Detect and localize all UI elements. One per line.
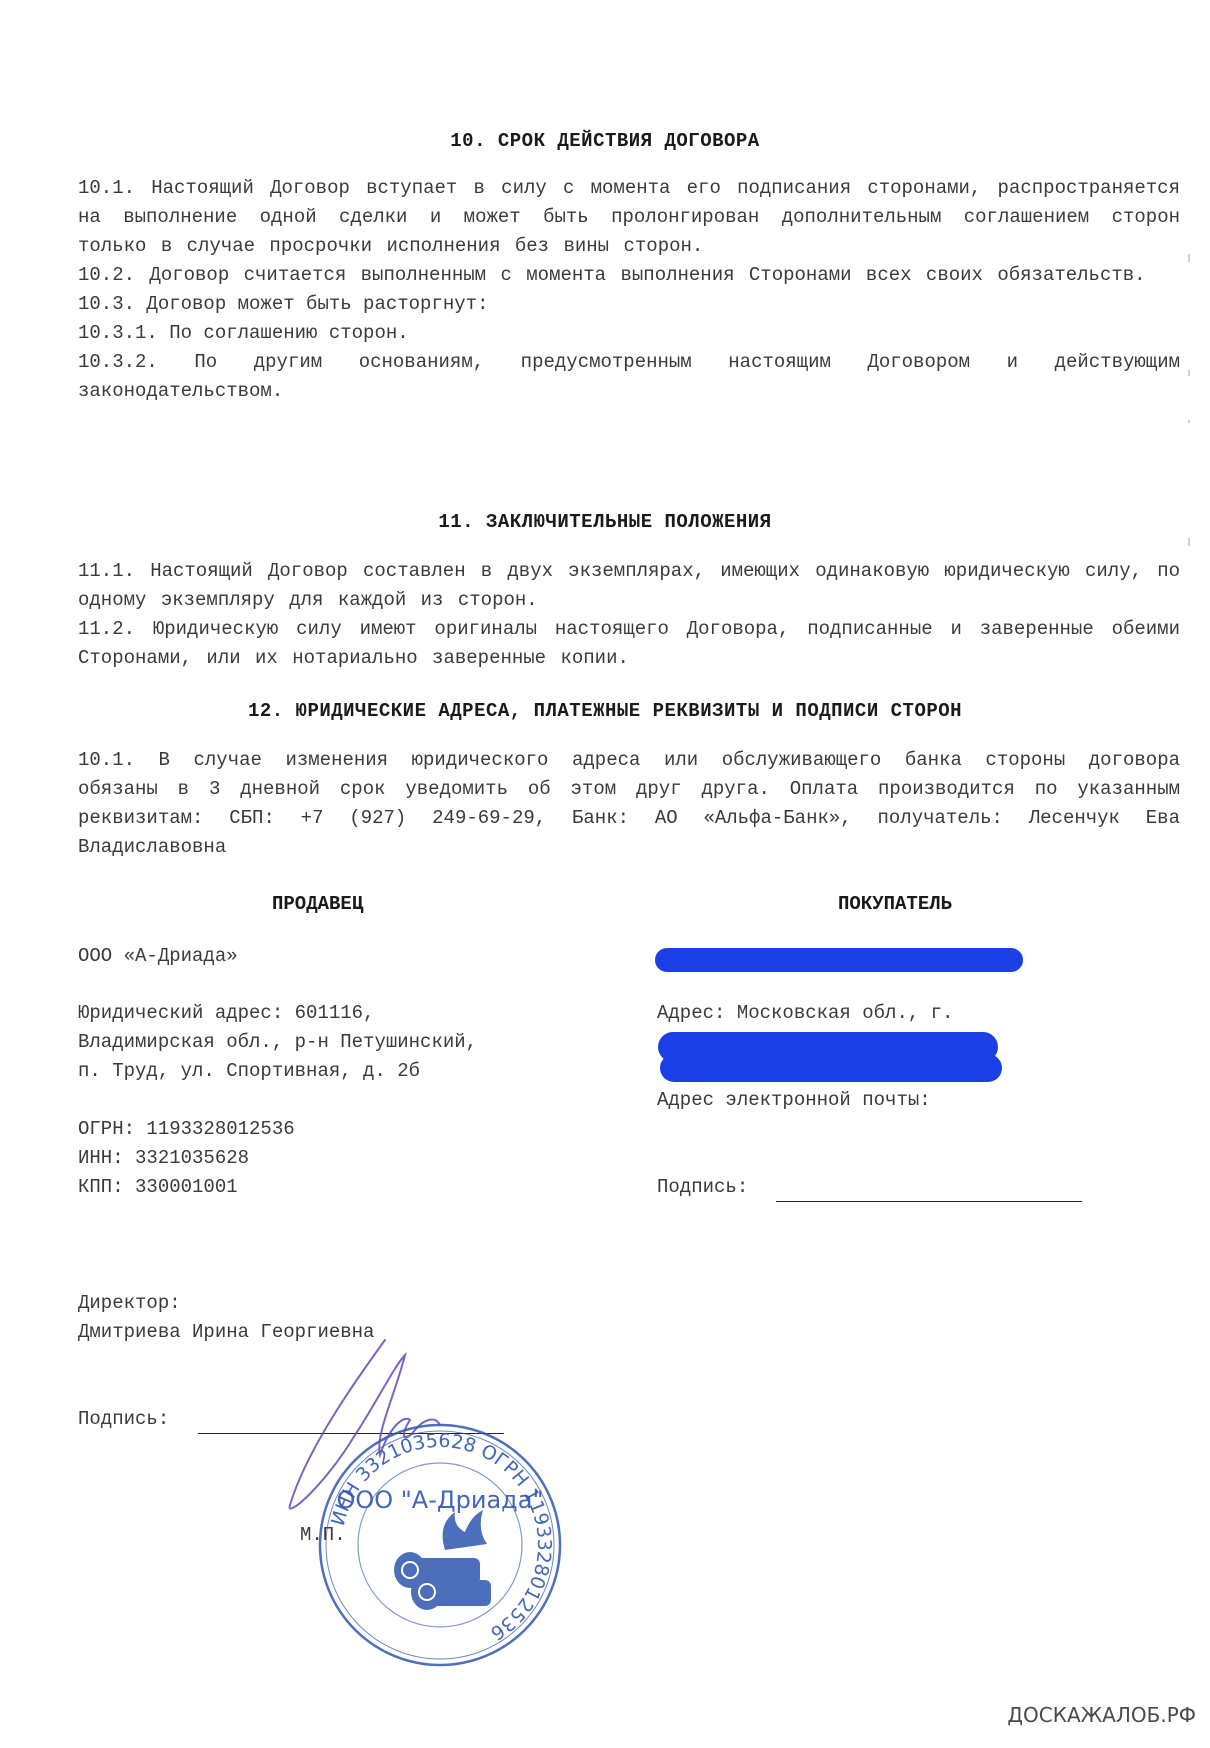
clause-11-1: 11.1. Настоящий Договор составлен в двух…: [78, 557, 1180, 615]
clause-10-1: 10.1. Настоящий Договор вступает в силу …: [78, 174, 1180, 261]
section-10-title: 10. СРОК ДЕЙСТВИЯ ДОГОВОРА: [0, 130, 1210, 152]
redacted-buyer-name: [655, 948, 1023, 972]
section-10-body: 10.1. Настоящий Договор вступает в силу …: [78, 174, 1180, 406]
seller-address-line-2: Владимирская обл., р-н Петушинский,: [78, 1028, 477, 1057]
buyer-signature-label: Подпись:: [657, 1173, 748, 1202]
clause-10-3: 10.3. Договор может быть расторгнут:: [78, 290, 1180, 319]
seller-address-line-1: Юридический адрес: 601116,: [78, 999, 374, 1028]
seller-name: ООО «А-Дриада»: [78, 942, 238, 971]
buyer-address-line: Адрес: Московская обл., г.: [657, 999, 953, 1028]
seller-signature-label: Подпись:: [78, 1405, 169, 1434]
clause-12-1: 10.1. В случае изменения юридического ад…: [78, 746, 1180, 862]
section-12-title: 12. ЮРИДИЧЕСКИЕ АДРЕСА, ПЛАТЕЖНЫЕ РЕКВИЗ…: [0, 700, 1210, 722]
scan-mark: [1188, 254, 1190, 262]
seller-heading: ПРОДАВЕЦ: [272, 893, 363, 915]
clause-10-3-1: 10.3.1. По соглашению сторон.: [78, 319, 1180, 348]
buyer-heading: ПОКУПАТЕЛЬ: [838, 893, 952, 915]
section-12-body: 10.1. В случае изменения юридического ад…: [78, 746, 1180, 862]
contract-page: 10. СРОК ДЕЙСТВИЯ ДОГОВОРА 10.1. Настоящ…: [0, 0, 1210, 1748]
director-label: Директор:: [78, 1289, 181, 1318]
watermark: ДОСКАЖАЛОБ.РФ: [1007, 1703, 1196, 1727]
handwritten-signature-icon: [285, 1335, 445, 1515]
seller-inn: ИНН: 3321035628: [78, 1144, 249, 1173]
clause-10-3-2: 10.3.2. По другим основаниям, предусмотр…: [78, 348, 1180, 406]
seller-address-line-3: п. Труд, ул. Спортивная, д. 2б: [78, 1057, 420, 1086]
scan-mark: [1188, 538, 1190, 546]
clause-10-2: 10.2. Договор считается выполненным с мо…: [78, 261, 1180, 290]
clause-11-2: 11.2. Юридическую силу имеют оригиналы н…: [78, 615, 1180, 673]
scan-mark: [1188, 420, 1190, 423]
buyer-signature-line: [776, 1201, 1082, 1202]
section-11-title: 11. ЗАКЛЮЧИТЕЛЬНЫЕ ПОЛОЖЕНИЯ: [0, 511, 1210, 533]
scan-mark: [1188, 370, 1190, 376]
buyer-email-label: Адрес электронной почты:: [657, 1086, 931, 1115]
section-11-body: 11.1. Настоящий Договор составлен в двух…: [78, 557, 1180, 673]
redacted-buyer-address-2: [660, 1054, 1002, 1082]
seller-kpp: КПП: 330001001: [78, 1173, 238, 1202]
seller-ogrn: ОГРН: 1193328012536: [78, 1115, 295, 1144]
